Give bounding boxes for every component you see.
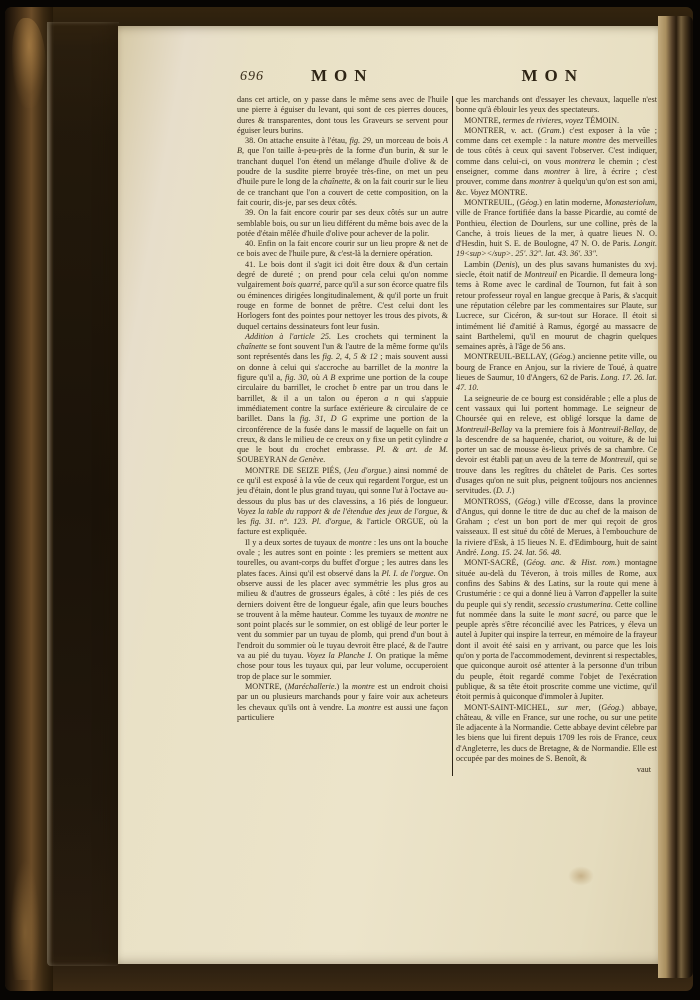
paragraph: MONT-SAINT-MICHEL, sur mer, (Géog.) abba…: [456, 703, 657, 765]
page-header: 696 MON MON: [237, 66, 658, 92]
paragraph: La seigneurie de ce bourg est considérab…: [456, 394, 657, 497]
paragraph: Addition à l'article 25. Les crochets qu…: [237, 332, 448, 466]
running-title-left: MON: [237, 66, 448, 92]
paragraph: MONTREUIL, (Géog.) en latin moderne, Mon…: [456, 198, 657, 260]
paragraph: MONTREUIL-BELLAY, (Géog.) ancienne petit…: [456, 352, 657, 393]
paragraph: Lambin (Denis), un des plus savans human…: [456, 260, 657, 353]
paragraph: MONTRER, v. act. (Gram.) c'est exposer à…: [456, 126, 657, 198]
text-columns: dans cet article, on y passe dans le mêm…: [237, 95, 658, 776]
paragraph: Il y a deux sortes de tuyaux de montre :…: [237, 538, 448, 682]
text-column-left: dans cet article, on y passe dans le mêm…: [237, 95, 448, 776]
paragraph: 38. On attache ensuite à l'étau, fig. 29…: [237, 136, 448, 208]
facing-page-edge: [658, 16, 693, 978]
paragraph: MONTRE DE SEIZE PIÉS, (Jeu d'orgue.) ain…: [237, 466, 448, 538]
book-spine: [5, 7, 53, 991]
paragraph: MONT-SACRÉ, (Géog. anc. & Hist. rom.) mo…: [456, 558, 657, 702]
paragraph: MONTROSS, (Géog.) ville d'Ecosse, dans l…: [456, 497, 657, 559]
paragraph: 39. On la fait encore courir par ses deu…: [237, 208, 448, 239]
page-edges-shading: [47, 22, 119, 966]
column-divider: [452, 96, 453, 776]
paragraph: dans cet article, on y passe dans le mêm…: [237, 95, 448, 136]
paragraph: 41. Le bois dont il s'agit ici doit être…: [237, 260, 448, 332]
running-title-right: MON: [448, 66, 659, 92]
page-stain: [568, 866, 594, 886]
paragraph: MONTRE, termes de rivieres, voyez TÉMOIN…: [456, 116, 657, 126]
paragraph: que les marchands ont d'essayer les chev…: [456, 95, 657, 116]
page-number: 696: [240, 69, 264, 85]
catchword: vaut: [456, 765, 657, 775]
text-column-right: que les marchands ont d'essayer les chev…: [456, 95, 657, 776]
spine-wear-mark: [10, 860, 40, 980]
book-page: 696 MON MON dans cet article, on y passe…: [118, 26, 658, 964]
paragraph: MONTRE, (Maréchallerie.) la montre est u…: [237, 682, 448, 723]
paragraph: 40. Enfin on la fait encore courir sur u…: [237, 239, 448, 260]
